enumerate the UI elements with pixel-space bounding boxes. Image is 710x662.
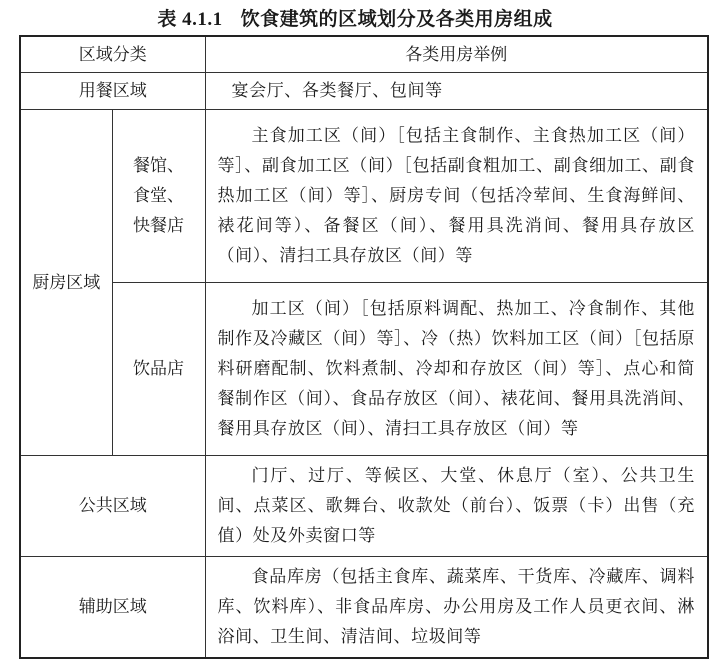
examples-public: 门厅、过厅、等候区、大堂、休息厅（室）、公共卫生间、点菜区、歌舞台、收款处（前台… xyxy=(205,456,708,557)
table-caption: 表 4.1.1饮食建筑的区域划分及各类用房组成 xyxy=(0,4,710,31)
header-zone-category: 区域分类 xyxy=(20,36,205,73)
table-row-public: 公共区域 门厅、过厅、等候区、大堂、休息厅（室）、公共卫生间、点菜区、歌舞台、收… xyxy=(20,456,708,557)
examples-text: 门厅、过厅、等候区、大堂、休息厅（室）、公共卫生间、点菜区、歌舞台、收款处（前台… xyxy=(218,461,696,551)
kitchen-type-line: 食堂、 xyxy=(113,181,205,211)
examples-kitchen-restaurant: 主食加工区（间）［包括主食制作、主食热加工区（间）等］、副食加工区（间）［包括副… xyxy=(205,110,708,283)
table-row-dining: 用餐区域 宴会厅、各类餐厅、包间等 xyxy=(20,73,708,110)
kitchen-type-line: 饮品店 xyxy=(113,354,205,384)
kitchen-type-drinks: 饮品店 xyxy=(112,283,205,456)
zone-public: 公共区域 xyxy=(20,456,205,557)
zone-table: 区域分类 各类用房举例 用餐区域 宴会厅、各类餐厅、包间等 厨房区域 餐馆、 食… xyxy=(19,35,709,659)
table-row-auxiliary: 辅助区域 食品库房（包括主食库、蔬菜库、干货库、冷藏库、调料库、饮料库）、非食品… xyxy=(20,557,708,659)
examples-text: 食品库房（包括主食库、蔬菜库、干货库、冷藏库、调料库、饮料库）、非食品库房、办公… xyxy=(218,562,696,652)
table-row-kitchen-drinks: 饮品店 加工区（间）［包括原料调配、热加工、冷食制作、其他制作及冷藏区（间）等］… xyxy=(20,283,708,456)
table-title: 饮食建筑的区域划分及各类用房组成 xyxy=(241,8,553,30)
examples-kitchen-drinks: 加工区（间）［包括原料调配、热加工、冷食制作、其他制作及冷藏区（间）等］、冷（热… xyxy=(205,283,708,456)
examples-text: 主食加工区（间）［包括主食制作、主食热加工区（间）等］、副食加工区（间）［包括副… xyxy=(218,121,696,271)
table-header-row: 区域分类 各类用房举例 xyxy=(20,36,708,73)
table-row-kitchen-restaurant: 厨房区域 餐馆、 食堂、 快餐店 主食加工区（间）［包括主食制作、主食热加工区（… xyxy=(20,110,708,283)
kitchen-type-restaurant: 餐馆、 食堂、 快餐店 xyxy=(112,110,205,283)
examples-auxiliary: 食品库房（包括主食库、蔬菜库、干货库、冷藏库、调料库、饮料库）、非食品库房、办公… xyxy=(205,557,708,659)
examples-text: 加工区（间）［包括原料调配、热加工、冷食制作、其他制作及冷藏区（间）等］、冷（热… xyxy=(218,294,696,444)
zone-auxiliary: 辅助区域 xyxy=(20,557,205,659)
zone-kitchen: 厨房区域 xyxy=(20,110,112,456)
zone-dining: 用餐区域 xyxy=(20,73,205,110)
header-room-examples: 各类用房举例 xyxy=(205,36,708,73)
kitchen-type-line: 快餐店 xyxy=(113,211,205,241)
examples-dining: 宴会厅、各类餐厅、包间等 xyxy=(205,73,708,110)
table-number: 表 4.1.1 xyxy=(157,9,222,30)
kitchen-type-line: 餐馆、 xyxy=(113,151,205,181)
